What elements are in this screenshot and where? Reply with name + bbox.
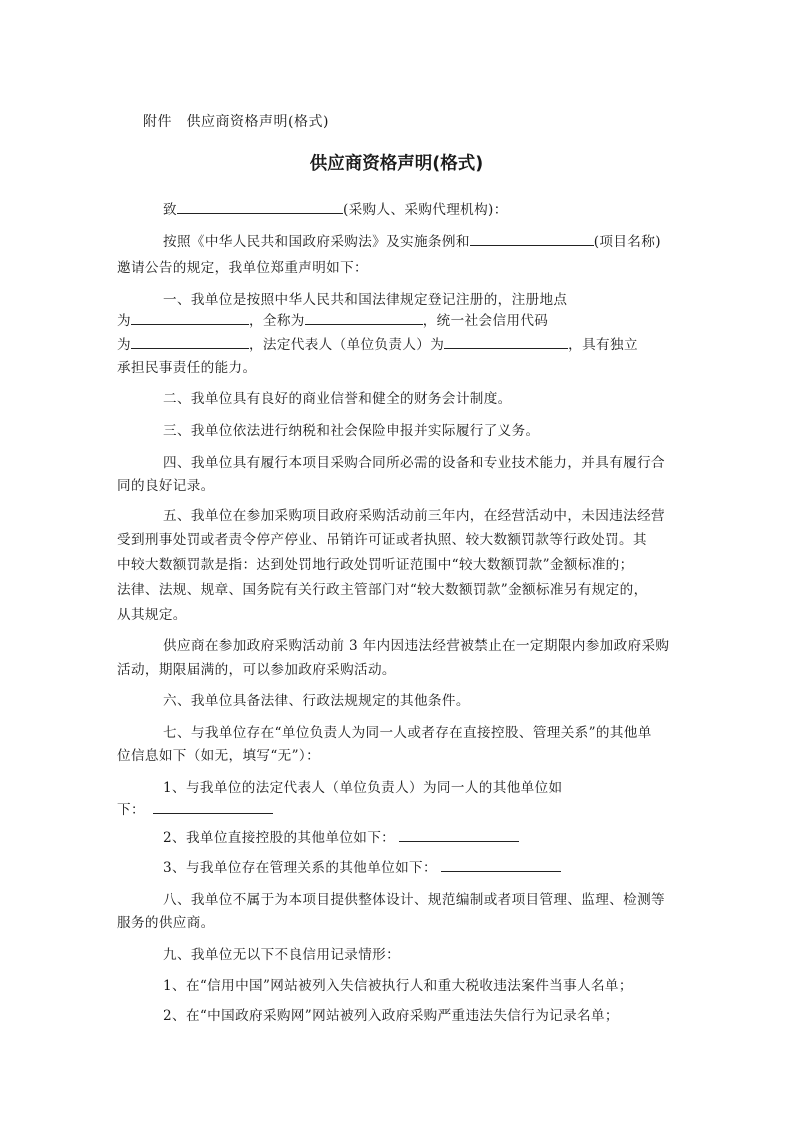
supplier-note-line-1: 供应商在参加政府采购活动前 3 年内因违法经营被禁止在一定期限内参加政府采购 [163, 634, 669, 654]
clause-5-line-5: 从其规定。 [117, 603, 187, 623]
text: 3、与我单位存在管理关系的其他单位如下： [163, 860, 437, 876]
addressee-prefix: 致 [163, 202, 177, 218]
addressee-suffix: (采购人、采购代理机构)： [343, 202, 508, 218]
clause-7-line-1: 七、与我单位存在“单位负责人为同一人或者存在直接控股、管理关系”的其他单 [163, 721, 652, 741]
clause-4-line-1: 四、我单位具有履行本项目采购合同所必需的设备和专业技术能力，并具有履行合 [163, 451, 665, 471]
controlled-units-blank[interactable] [399, 827, 519, 842]
clause-5-line-4: 法律、法规、规章、国务院有关行政主管部门对“较大数额罚款”金额标准另有规定的， [117, 578, 648, 598]
text: ，统一社会信用代码 [423, 313, 549, 329]
clause-5-line-2: 受到刑事处罚或者责令停产停业、吊销许可证或者执照、较大数额罚款等行政处罚。其 [117, 528, 647, 548]
clause-5-line-1: 五、我单位在参加采购项目政府采购活动前三年内，在经营活动中，未因违法经营 [163, 504, 665, 524]
registered-address-blank[interactable] [131, 310, 249, 325]
text: 下： [117, 802, 145, 818]
text: 为 [117, 337, 131, 353]
clause-9-item-2: 2、在“中国政府采购网”网站被列入政府采购严重违法失信行为记录名单； [163, 1004, 619, 1024]
clause-4-line-2: 同的良好记录。 [117, 474, 215, 494]
document-title: 供应商资格声明(格式) [0, 150, 793, 175]
clause-8-line-2: 服务的供应商。 [117, 911, 215, 931]
intro-text: 按照《中华人民共和国政府采购法》及实施条例和 [163, 234, 470, 250]
managed-units-blank[interactable] [441, 857, 561, 872]
clause-3: 三、我单位依法进行纳税和社会保险申报并实际履行了义务。 [163, 419, 539, 439]
text: ，法定代表人（单位负责人）为 [249, 337, 444, 353]
full-name-blank[interactable] [305, 310, 423, 325]
clause-1-line-4: 承担民事责任的能力。 [117, 356, 256, 376]
clause-1-line-2: 为，全称为，统一社会信用代码 [117, 309, 548, 329]
clause-7-item-1-line-2: 下： [117, 798, 273, 818]
supplier-note-line-2: 活动，期限届满的，可以参加政府采购活动。 [117, 658, 396, 678]
text: 为 [117, 313, 131, 329]
clause-8-line-1: 八、我单位不属于为本项目提供整体设计、规范编制或者项目管理、监理、检测等 [163, 888, 665, 908]
attachment-label: 附件 供应商资格声明(格式) [143, 111, 329, 131]
intro-line-2: 邀请公告的规定，我单位郑重声明如下： [117, 256, 368, 276]
text: ，全称为 [249, 313, 305, 329]
same-representative-units-blank[interactable] [153, 799, 273, 814]
clause-1-line-3: 为，法定代表人（单位负责人）为，具有独立 [117, 333, 638, 353]
clause-7-item-2: 2、我单位直接控股的其他单位如下： [163, 826, 519, 846]
addressee-line: 致(采购人、采购代理机构)： [163, 198, 508, 218]
text: ，具有独立 [568, 337, 638, 353]
credit-code-blank[interactable] [131, 334, 249, 349]
clause-7-item-1-line-1: 1、与我单位的法定代表人（单位负责人）为同一人的其他单位如 [163, 776, 562, 796]
clause-7-item-3: 3、与我单位存在管理关系的其他单位如下： [163, 856, 561, 876]
clause-5-line-3: 中较大数额罚款是指：达到处罚地行政处罚听证范围中“较大数额罚款”金额标准的； [117, 553, 634, 573]
clause-7-line-2: 位信息如下（如无，填写“无”）： [117, 744, 320, 764]
clause-9-heading: 九、我单位无以下不良信用记录情形： [163, 943, 400, 963]
intro-line-1: 按照《中华人民共和国政府采购法》及实施条例和(项目名称) [163, 230, 661, 250]
clause-1-line-1: 一、我单位是按照中华人民共和国法律规定登记注册的，注册地点 [163, 288, 567, 308]
clause-9-item-1: 1、在“信用中国”网站被列入失信被执行人和重大税收违法案件当事人名单； [163, 974, 633, 994]
project-name-label: (项目名称) [594, 234, 661, 250]
project-name-blank[interactable] [470, 231, 594, 246]
clause-6: 六、我单位具备法律、行政法规规定的其他条件。 [163, 689, 470, 709]
legal-representative-blank[interactable] [444, 334, 568, 349]
text: 2、我单位直接控股的其他单位如下： [163, 830, 395, 846]
purchaser-blank[interactable] [177, 199, 343, 214]
clause-2: 二、我单位具有良好的商业信誉和健全的财务会计制度。 [163, 387, 512, 407]
